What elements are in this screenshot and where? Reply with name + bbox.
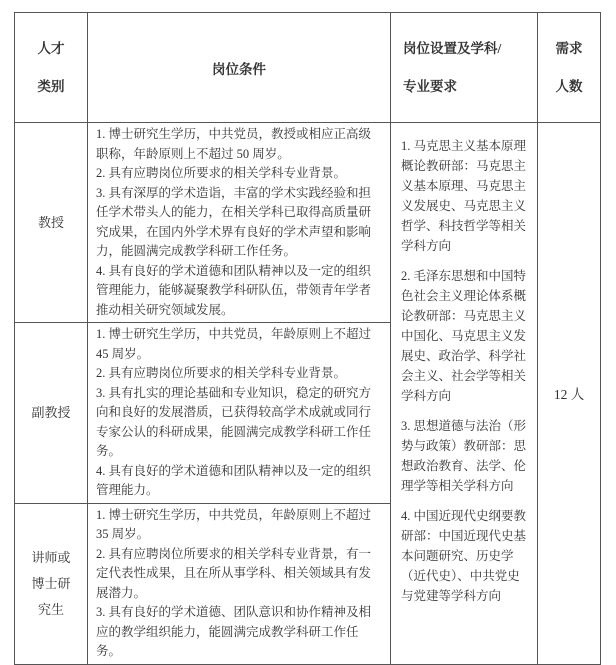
header-headcount-line2: 人数	[538, 68, 600, 106]
condition-item: 2. 具有应聘岗位所要求的相关学科专业背景，有一定代表性成果，且在所从事学科、相…	[96, 545, 382, 604]
conditions-associate-professor: 1. 博士研究生学历，中共党员，年龄原则上不超过 45 周岁。 2. 具有应聘岗…	[88, 323, 391, 504]
condition-item: 3. 具有深厚的学术造诣，丰富的学术实践经验和担任学术带头人的能力，在相关学科已…	[96, 184, 382, 262]
post-setup-item: 3. 思想道德与法治（形势与政策）教研部：思想政治教育、法学、伦理学等相关学科方…	[401, 416, 527, 496]
post-setup-item: 2. 毛泽东思想和中国特色社会主义理论体系概论教研部：马克思主义中国化、马克思主…	[401, 266, 527, 406]
condition-item: 3. 具有良好的学术道德、团队意识和协作精神及相应的教学组织能力，能圆满完成教学…	[96, 603, 382, 662]
condition-item: 1. 博士研究生学历，中共党员，年龄原则上不超过 45 周岁。	[96, 325, 382, 364]
condition-item: 4. 具有良好的学术道德和团队精神以及一定的组织管理能力。	[96, 462, 382, 501]
category-professor: 教授	[15, 123, 88, 323]
condition-item: 1. 博士研究生学历，中共党员，教授或相应正高级职称，年龄原则上不超过 50 周…	[96, 125, 382, 164]
condition-item: 2. 具有应聘岗位所要求的相关学科专业背景。	[96, 364, 382, 384]
category-associate-professor: 副教授	[15, 323, 88, 504]
header-talent-category-line2: 类别	[15, 68, 87, 106]
condition-item: 2. 具有应聘岗位所要求的相关学科专业背景。	[96, 164, 382, 184]
post-setup-cell: 1. 马克思主义基本原理概论教研部：马克思主义基本原理、马克思主义发展史、马克思…	[391, 123, 538, 665]
conditions-lecturer-phd: 1. 博士研究生学历，中共党员，年龄原则上不超过 35 周岁。 2. 具有应聘岗…	[88, 503, 391, 664]
condition-item: 3. 具有扎实的理论基础和专业知识，稳定的研究方向和良好的发展潜质，已获得较高学…	[96, 384, 382, 462]
table-row-professor: 教授 1. 博士研究生学历，中共党员，教授或相应正高级职称，年龄原则上不超过 5…	[15, 123, 601, 323]
condition-item: 4. 具有良好的学术道德和团队精神以及一定的组织管理能力，能够凝聚教学科研队伍，…	[96, 262, 382, 321]
headcount-cell: 12 人	[538, 123, 601, 665]
header-row: 人才 类别 岗位条件 岗位设置及学科/ 专业要求 需求 人数	[15, 13, 601, 123]
post-setup-item: 4. 中国近现代史纲要教研部：中国近现代史基本问题研究、历史学（近代史）、中共党…	[401, 506, 527, 606]
conditions-professor: 1. 博士研究生学历，中共党员，教授或相应正高级职称，年龄原则上不超过 50 周…	[88, 123, 391, 323]
header-talent-category-line1: 人才	[15, 30, 87, 68]
page: { "header": { "talent_category": ["人才", …	[0, 0, 616, 631]
header-post-setup-line2: 专业要求	[403, 68, 525, 106]
header-headcount: 需求 人数	[538, 13, 601, 123]
header-post-setup-line1: 岗位设置及学科/	[403, 30, 525, 68]
post-setup-item: 1. 马克思主义基本原理概论教研部：马克思主义基本原理、马克思主义发展史、马克思…	[401, 136, 527, 256]
header-headcount-line1: 需求	[538, 30, 600, 68]
header-conditions: 岗位条件	[88, 13, 391, 123]
header-talent-category: 人才 类别	[15, 13, 88, 123]
category-lecturer-phd: 讲师或博士研究生	[15, 503, 88, 664]
condition-item: 1. 博士研究生学历，中共党员，年龄原则上不超过 35 周岁。	[96, 506, 382, 545]
header-post-setup: 岗位设置及学科/ 专业要求	[391, 13, 538, 123]
recruitment-table: 人才 类别 岗位条件 岗位设置及学科/ 专业要求 需求 人数 教授 1. 博士研…	[14, 12, 601, 665]
